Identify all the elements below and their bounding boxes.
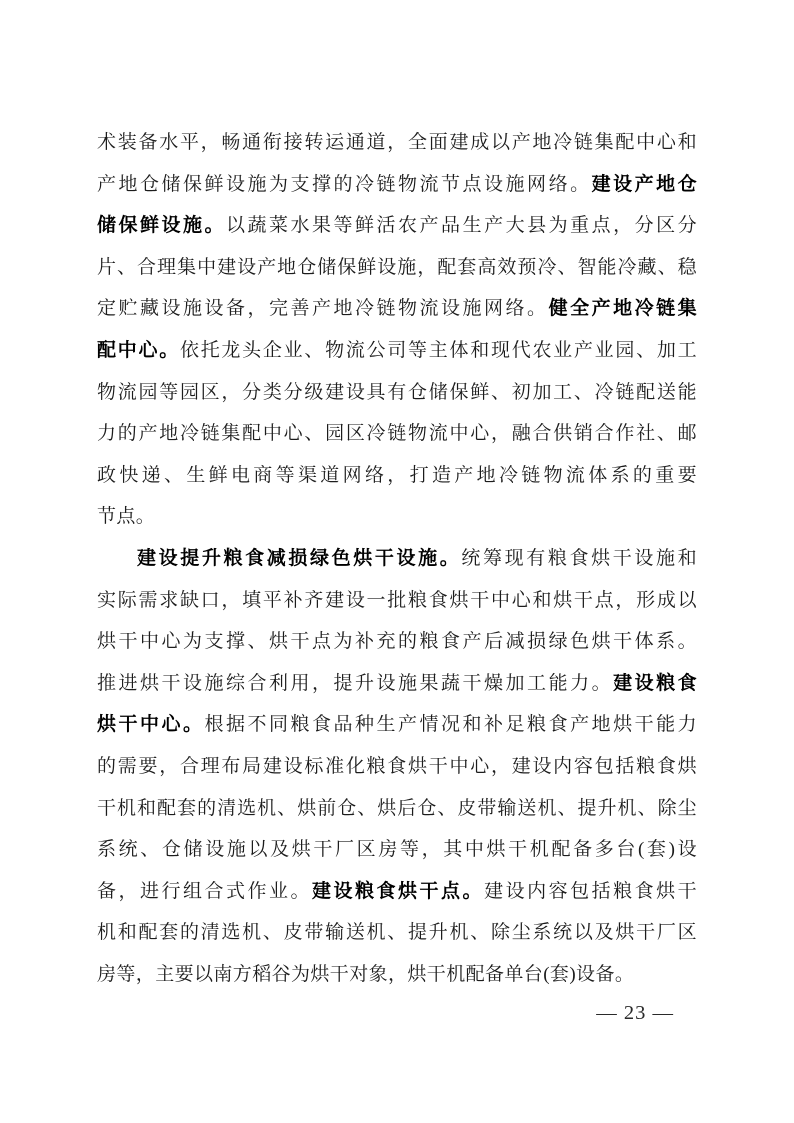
text-line: 干机和配套的清选机、烘前仓、烘后仓、皮带输送机、提升机、除尘 [97,788,697,830]
text-line: 的需要，合理布局建设标准化粮食烘干中心，建设内容包括粮食烘 [97,746,697,788]
bold-text-run: 建设粮食 [613,673,697,694]
text-run: 政快递、生鲜电商等渠道网络，打造产地冷链物流体系的重要 [97,465,697,486]
text-line: 物流园等园区，分类分级建设具有仓储保鲜、初加工、冷链配送能 [97,372,697,414]
text-run: 以蔬菜水果等鲜活农产品生产大县为重点，分区分 [226,215,697,236]
text-line: 术装备水平，畅通衔接转运通道，全面建成以产地冷链集配中心和 [97,122,697,164]
text-line: 备，进行组合式作业。建设粮食烘干点。建设内容包括粮食烘干 [97,871,697,913]
bold-text-run: 配中心。 [97,340,180,361]
text-line: 配中心。依托龙头企业、物流公司等主体和现代农业产业园、加工 [97,330,697,372]
text-run: 统筹现有粮食烘干设施和 [461,548,697,569]
text-run: 根据不同粮食品种生产情况和补足粮食产地烘干能力 [205,714,697,735]
text-run: 机和配套的清选机、皮带输送机、提升机、除尘系统以及烘干厂区 [97,922,697,943]
text-line: 推进烘干设施综合利用，提升设施果蔬干燥加工能力。建设粮食 [97,663,697,705]
text-run: 产地仓储保鲜设施为支撑的冷链物流节点设施网络。 [97,174,592,195]
text-line: 实际需求缺口，填平补齐建设一批粮食烘干中心和烘干点，形成以 [97,580,697,622]
text-run: 定贮藏设施设备，完善产地冷链物流设施网络。 [97,298,549,319]
text-run: 力的产地冷链集配中心、园区冷链物流中心，融合供销合作社、邮 [97,423,697,444]
text-line: 片、合理集中建设产地仓储保鲜设施，配套高效预冷、智能冷藏、稳 [97,247,697,289]
page-number: — 23 — [596,1002,674,1025]
bold-text-run: 储保鲜设施。 [97,215,226,236]
text-line: 机和配套的清选机、皮带输送机、提升机、除尘系统以及烘干厂区 [97,912,697,954]
bold-text-run: 建设粮食烘干点。 [312,881,484,902]
text-run: 实际需求缺口，填平补齐建设一批粮食烘干中心和烘干点，形成以 [97,590,697,611]
text-run: 术装备水平，畅通衔接转运通道，全面建成以产地冷链集配中心和 [97,132,697,153]
text-line: 系统、仓储设施以及烘干厂区房等，其中烘干机配备多台(套)设 [97,829,697,871]
paragraph: 术装备水平，畅通衔接转运通道，全面建成以产地冷链集配中心和产地仓储保鲜设施为支撑… [97,122,697,538]
text-run: 烘干中心为支撑、烘干点为补充的粮食产后减损绿色烘干体系。 [97,631,697,652]
text-line: 节点。 [97,496,697,538]
text-run: 推进烘干设施综合利用，提升设施果蔬干燥加工能力。 [97,673,613,694]
text-line: 产地仓储保鲜设施为支撑的冷链物流节点设施网络。建设产地仓 [97,164,697,206]
bold-text-run: 建设产地仓 [592,174,697,195]
text-run: 依托龙头企业、物流公司等主体和现代农业产业园、加工 [180,340,697,361]
bold-text-run: 烘干中心。 [97,714,205,735]
text-line: 力的产地冷链集配中心、园区冷链物流中心，融合供销合作社、邮 [97,413,697,455]
text-run: 房等，主要以南方稻谷为烘干对象，烘干机配备单台(套)设备。 [97,964,634,985]
text-line: 烘干中心为支撑、烘干点为补充的粮食产后减损绿色烘干体系。 [97,621,697,663]
text-run: 系统、仓储设施以及烘干厂区房等，其中烘干机配备多台(套)设 [97,839,697,860]
text-run: 的需要，合理布局建设标准化粮食烘干中心，建设内容包括粮食烘 [97,756,697,777]
text-run: 物流园等园区，分类分级建设具有仓储保鲜、初加工、冷链配送能 [97,382,697,403]
text-run: 片、合理集中建设产地仓储保鲜设施，配套高效预冷、智能冷藏、稳 [97,257,697,278]
text-line: 政快递、生鲜电商等渠道网络，打造产地冷链物流体系的重要 [97,455,697,497]
bold-text-run: 建设提升粮食减损绿色烘干设施。 [137,548,461,569]
bold-text-run: 健全产地冷链集 [549,298,697,319]
text-run: 节点。 [97,506,155,527]
text-run: 干机和配套的清选机、烘前仓、烘后仓、皮带输送机、提升机、除尘 [97,798,697,819]
text-line: 烘干中心。根据不同粮食品种生产情况和补足粮食产地烘干能力 [97,704,697,746]
paragraph: 建设提升粮食减损绿色烘干设施。统筹现有粮食烘干设施和实际需求缺口，填平补齐建设一… [97,538,697,996]
text-line: 房等，主要以南方稻谷为烘干对象，烘干机配备单台(套)设备。 [97,954,697,996]
text-line: 建设提升粮食减损绿色烘干设施。统筹现有粮食烘干设施和 [97,538,697,580]
text-run: 建设内容包括粮食烘干 [484,881,697,902]
document-page: 术装备水平，畅通衔接转运通道，全面建成以产地冷链集配中心和产地仓储保鲜设施为支撑… [0,0,794,1123]
text-line: 储保鲜设施。以蔬菜水果等鲜活农产品生产大县为重点，分区分 [97,205,697,247]
document-body: 术装备水平，畅通衔接转运通道，全面建成以产地冷链集配中心和产地仓储保鲜设施为支撑… [97,122,697,995]
text-line: 定贮藏设施设备，完善产地冷链物流设施网络。健全产地冷链集 [97,288,697,330]
text-run: 备，进行组合式作业。 [97,881,312,902]
